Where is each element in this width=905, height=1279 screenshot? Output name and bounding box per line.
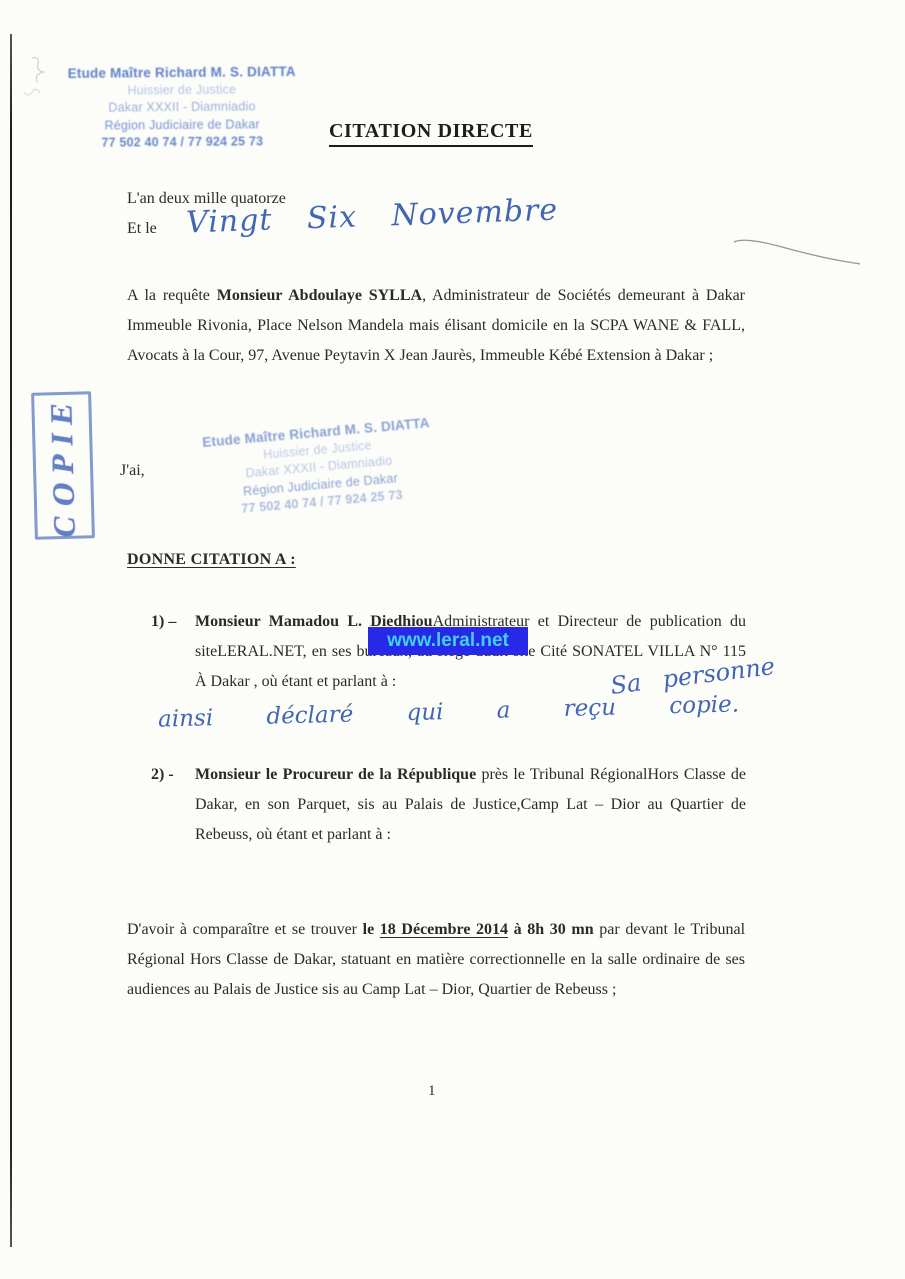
huissier-stamp-top: Etude Maître Richard M. S. DIATTA Huissi… [58,63,307,153]
stamp-line: Etude Maître Richard M. S. DIATTA [58,63,306,83]
jai-line: J'ai, [120,456,145,486]
citation-item-2: 2) - Monsieur le Procureur de la Républi… [151,760,746,850]
leral-watermark: www.leral.net [368,627,528,655]
page-number: 1 [428,1076,436,1106]
scanned-document-page: Etude Maître Richard M. S. DIATTA Huissi… [0,0,905,1279]
stamp-line: Région Judiciaire de Dakar [58,115,306,135]
huissier-stamp-middle: Etude Maître Richard M. S. DIATTA Huissi… [193,413,446,522]
margin-scribble-marks [18,52,62,116]
item-text: Monsieur le Procureur de la République p… [195,760,746,850]
donne-citation-heading: DONNE CITATION A : [127,551,296,569]
requete-paragraph: A la requête Monsieur Abdoulaye SYLLA, A… [127,281,745,371]
item-marker: 2) - [151,760,195,850]
stamp-line: Huissier de Justice [58,80,306,100]
comparution-paragraph: D'avoir à comparaître et se trouver le 1… [127,915,745,1005]
intro-line-date-prefix: Et le [127,214,157,244]
stamp-line: Dakar XXXII - Diamniadio [58,98,306,118]
handwriting-declaration: ainsi déclaré qui a reçu copie. [158,691,740,732]
document-title: CITATION DIRECTE [329,120,533,147]
pen-stroke-mark [730,232,865,272]
scan-edge-line [10,34,12,1247]
copie-stamp: COPIE [31,391,95,540]
stamp-line: 77 502 40 74 / 77 924 25 73 [58,133,306,153]
copie-stamp-label: COPIE [43,391,83,540]
item-marker: 1) – [151,607,195,697]
